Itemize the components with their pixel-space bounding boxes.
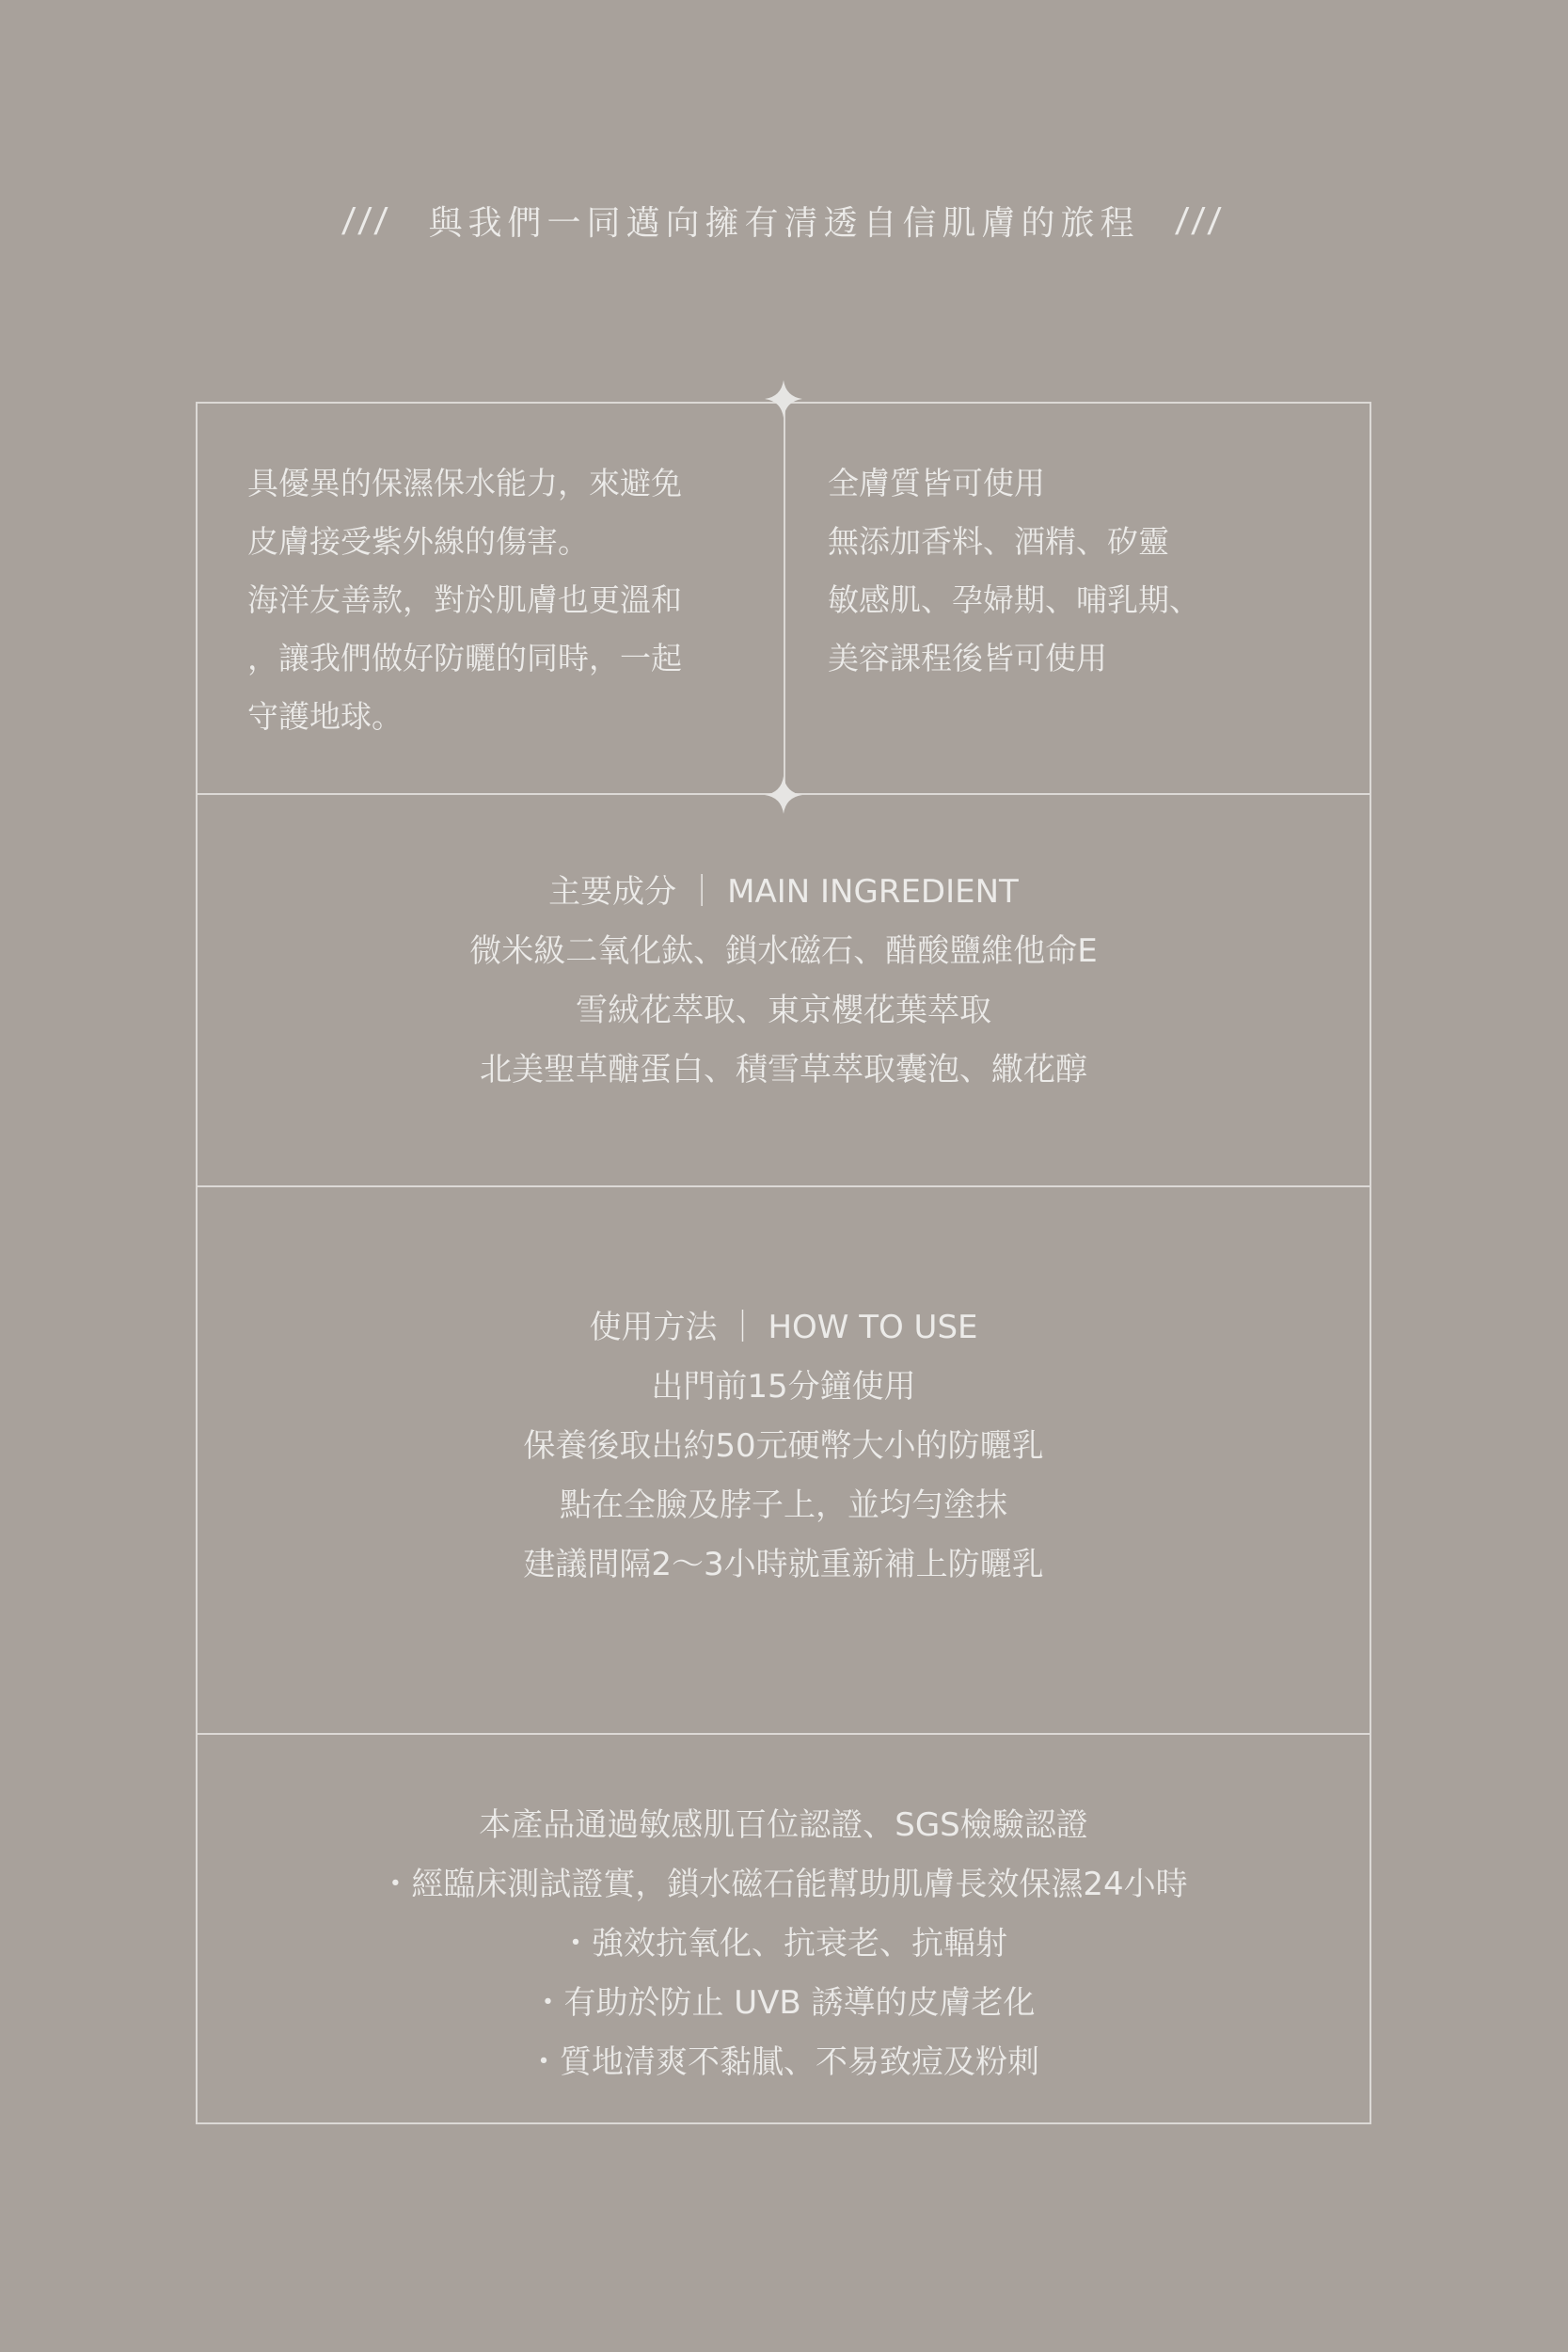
title-separator: ｜ [726,1309,758,1346]
ingredients-section: 主要成分｜MAIN INGREDIENT 微米級二氧化鈦、鎖水磁石、醋酸鹽維他命… [198,863,1370,1100]
feature-cell-right: 全膚質皆可使用 無添加香料、酒精、矽靈 敏感肌、孕婦期、哺乳期、 美容課程後皆可… [828,454,1200,688]
ingredients-title: 主要成分｜MAIN INGREDIENT [198,863,1370,922]
feature-line: 具優異的保濕保水能力，來避免 [247,454,682,513]
headline-text: 與我們一同邁向擁有清透自信肌膚的旅程 [428,204,1139,243]
how-to-use-title: 使用方法｜HOW TO USE [198,1298,1370,1358]
ingredient-line: 雪絨花萃取、東京櫻花葉萃取 [198,981,1370,1041]
feature-line: 守護地球。 [247,688,682,746]
feature-line: 敏感肌、孕婦期、哺乳期、 [828,571,1200,629]
ingredients-title-zh: 主要成分 [548,873,676,911]
column-divider [784,404,785,795]
usage-step: 出門前15分鐘使用 [198,1358,1370,1417]
sparkle-icon-bottom [765,776,802,814]
ingredient-line: 北美聖草醣蛋白、積雪草萃取囊泡、繖花醇 [198,1041,1370,1100]
certifications-section: 本產品通過敏感肌百位認證、SGS檢驗認證 ・經臨床測試證實，鎖水磁石能幫助肌膚長… [198,1796,1370,2092]
row-divider-2 [198,1185,1370,1187]
certification-line: ・強效抗氧化、抗衰老、抗輻射 [198,1915,1370,1974]
title-separator: ｜ [686,873,718,911]
feature-line: 美容課程後皆可使用 [828,629,1200,688]
feature-line: ，讓我們做好防曬的同時，一起 [247,629,682,688]
usage-step: 建議間隔2～3小時就重新補上防曬乳 [198,1535,1370,1595]
how-to-use-title-zh: 使用方法 [589,1309,717,1346]
slash-ornament-left: /// [340,196,395,248]
page-headline: /// 與我們一同邁向擁有清透自信肌膚的旅程 /// [0,196,1568,250]
certification-line: ・有助於防止 UVB 誘導的皮膚老化 [198,1974,1370,2033]
ingredients-title-en: MAIN INGREDIENT [727,873,1019,911]
info-grid: 具優異的保濕保水能力，來避免 皮膚接受紫外線的傷害。 海洋友善款，對於肌膚也更溫… [196,402,1371,2124]
slash-ornament-right: /// [1173,196,1228,248]
sparkle-icon-top [765,380,802,418]
feature-line: 海洋友善款，對於肌膚也更溫和 [247,571,682,629]
feature-line: 無添加香料、酒精、矽靈 [828,513,1200,571]
feature-line: 全膚質皆可使用 [828,454,1200,513]
certification-line: ・質地清爽不黏膩、不易致痘及粉刺 [198,2033,1370,2092]
how-to-use-title-en: HOW TO USE [768,1309,977,1346]
feature-line: 皮膚接受紫外線的傷害。 [247,513,682,571]
certification-line: 本產品通過敏感肌百位認證、SGS檢驗認證 [198,1796,1370,1855]
usage-step: 點在全臉及脖子上，並均勻塗抹 [198,1476,1370,1535]
certification-line: ・經臨床測試證實，鎖水磁石能幫助肌膚長效保濕24小時 [198,1855,1370,1915]
how-to-use-section: 使用方法｜HOW TO USE 出門前15分鐘使用 保養後取出約50元硬幣大小的… [198,1298,1370,1595]
feature-cell-left: 具優異的保濕保水能力，來避免 皮膚接受紫外線的傷害。 海洋友善款，對於肌膚也更溫… [247,454,682,746]
usage-step: 保養後取出約50元硬幣大小的防曬乳 [198,1417,1370,1476]
row-divider-3 [198,1733,1370,1735]
ingredient-line: 微米級二氧化鈦、鎖水磁石、醋酸鹽維他命E [198,922,1370,981]
